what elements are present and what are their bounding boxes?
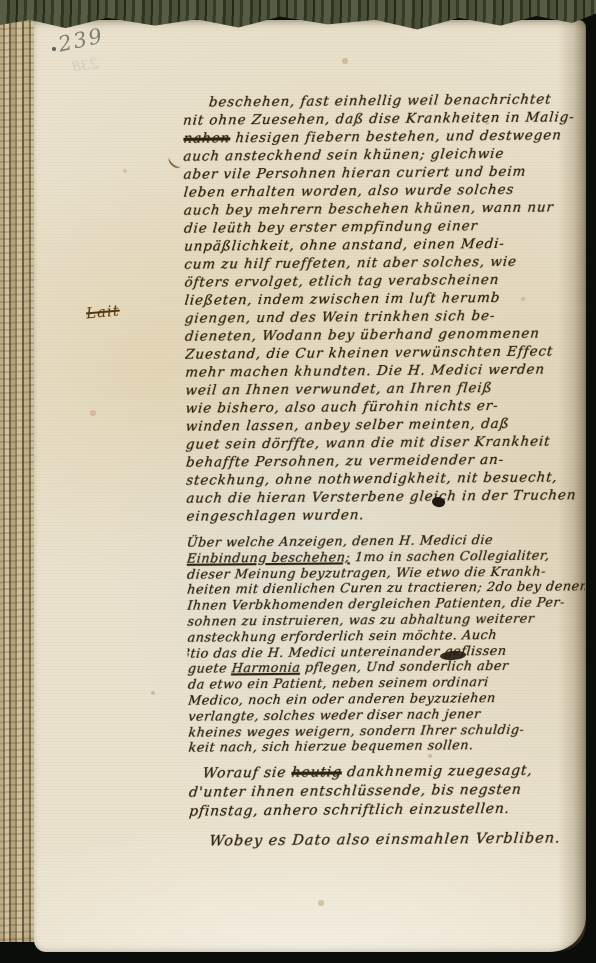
margin-note: Lait bbox=[85, 302, 120, 323]
manuscript-word: guete bbox=[187, 662, 228, 677]
manuscript-word: dankhnemig zuegesagt, bbox=[346, 763, 533, 781]
paragraph-2: Über welche Anzeigen, denen H. Medici di… bbox=[187, 532, 587, 757]
page-number: 239 bbox=[56, 23, 106, 56]
struck-word: heutig bbox=[291, 765, 343, 781]
manuscript-line: pfinstag, anhero schriftlich einzustelle… bbox=[188, 799, 587, 821]
paragraph-1: beschehen, fast einhellig weil benachric… bbox=[183, 90, 585, 525]
manuscript-word: 1mo in sachen Collegialiter, bbox=[354, 548, 550, 565]
underlined-word: Harmonia bbox=[231, 661, 301, 677]
paragraph-3: Worauf sie heutig dankhnemig zuegesagt, … bbox=[189, 761, 587, 821]
manuscript-page: 239 238 Lait beschehen, fast einhellig w… bbox=[34, 20, 586, 952]
underlined-phrase: Einbindung beschehen; bbox=[186, 550, 351, 566]
manuscript-word: Worauf sie bbox=[202, 765, 287, 782]
manuscript-word: hiesigen fiebern bestehen, und destwegen bbox=[235, 127, 563, 146]
manuscript-word: pflegen, Und sonderlich aber bbox=[304, 659, 509, 676]
margin-ink-stroke bbox=[166, 153, 185, 171]
pencil-dot bbox=[52, 47, 56, 51]
manuscript-line: eingeschlagen wurden. bbox=[186, 504, 586, 525]
paragraph-4: Wobey es Dato also einsmahlen Verbliben. bbox=[189, 828, 587, 851]
bleedthrough-page-number: 238 bbox=[71, 56, 100, 76]
manuscript-scan: 239 238 Lait beschehen, fast einhellig w… bbox=[0, 0, 596, 963]
manuscript-line: keit nach, sich hierzue bequemen sollen. bbox=[188, 738, 588, 757]
struck-word: nahen bbox=[183, 130, 231, 146]
handwritten-text-block: beschehen, fast einhellig weil benachric… bbox=[183, 90, 588, 852]
manuscript-line: Wobey es Dato also einsmahlen Verbliben. bbox=[208, 828, 587, 851]
